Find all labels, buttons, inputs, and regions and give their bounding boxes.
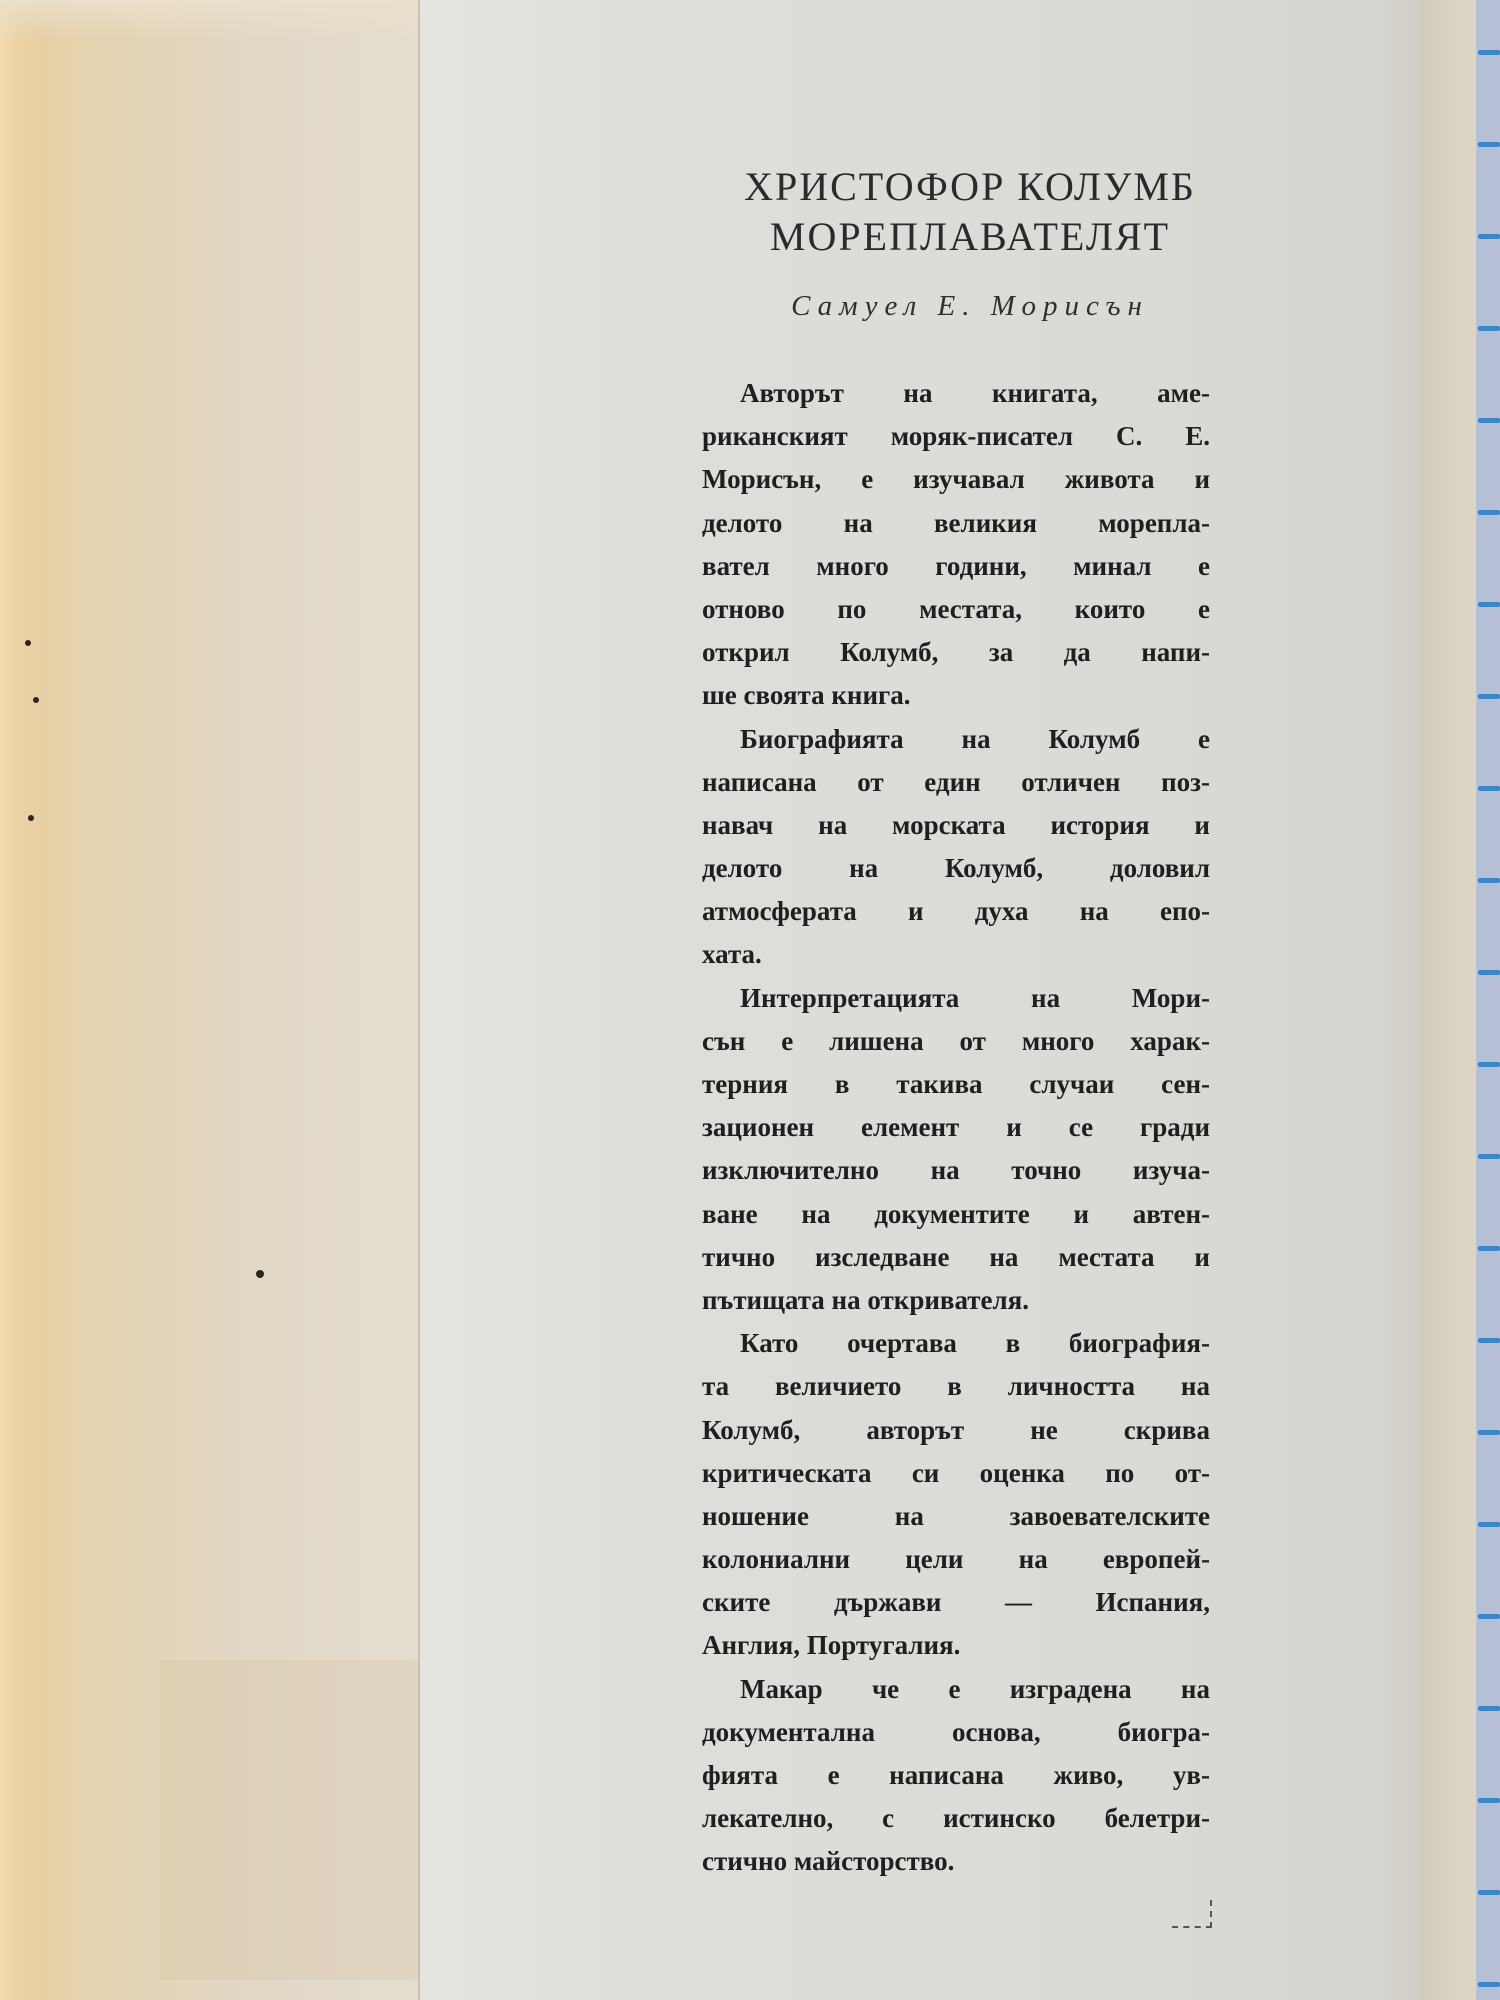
blue-rule-line (1478, 510, 1500, 515)
blurb-text: Авторът на книгата, аме-риканският моряк… (702, 372, 1210, 1884)
aged-left-page (0, 0, 420, 2000)
text-line: изключително на точно изуча- (702, 1149, 1210, 1192)
text-line: пътищата на откривателя. (702, 1279, 1210, 1322)
ink-dot (256, 1270, 264, 1278)
text-line: ношение на завоевателските (702, 1495, 1210, 1538)
ink-dot (28, 815, 34, 821)
text-line: Биографията на Колумб е (702, 718, 1210, 761)
blue-rule-line (1478, 234, 1500, 239)
text-line: навач на морската история и (702, 804, 1210, 847)
blue-rule-line (1478, 50, 1500, 55)
text-line: ване на документите и автен- (702, 1193, 1210, 1236)
text-line: лекателно, с истинско белетри- (702, 1797, 1210, 1840)
text-line: документална основа, биогра- (702, 1711, 1210, 1754)
text-line: Интерпретацията на Мори- (702, 977, 1210, 1020)
blurb-paragraph: Макар че е изградена надокументална осно… (702, 1668, 1210, 1884)
text-line: хата. (702, 933, 1210, 976)
book-title-line-2: МОРЕПЛАВАТЕЛЯТ (680, 213, 1260, 260)
blue-rule-line (1478, 1614, 1500, 1619)
blue-rule-line (1478, 326, 1500, 331)
text-line: вател много години, минал е (702, 545, 1210, 588)
lined-paper-background (1476, 0, 1500, 2000)
blue-rule-line (1478, 1430, 1500, 1435)
blue-rule-line (1478, 142, 1500, 147)
ink-dot (25, 640, 31, 646)
text-line: сън е лишена от много харак- (702, 1020, 1210, 1063)
text-line: терния в такива случаи сен- (702, 1063, 1210, 1106)
text-line: та величието в личността на (702, 1365, 1210, 1408)
page-stain (0, 0, 420, 40)
blue-rule-line (1478, 1338, 1500, 1343)
text-line: делото на Колумб, доловил (702, 847, 1210, 890)
book-title-line-1: ХРИСТОФОР КОЛУМБ (680, 163, 1260, 210)
text-line: делото на великия морепла- (702, 502, 1210, 545)
blue-rule-line (1478, 418, 1500, 423)
text-line: Авторът на книгата, аме- (702, 372, 1210, 415)
text-line: колониални цели на европей- (702, 1538, 1210, 1581)
text-line: стично майсторство. (702, 1840, 1210, 1883)
blue-rule-line (1478, 1154, 1500, 1159)
blue-rule-line (1478, 1982, 1500, 1987)
text-line: ше своята книга. (702, 674, 1210, 717)
blue-rule-line (1478, 1246, 1500, 1251)
text-line: критическата си оценка по от- (702, 1452, 1210, 1495)
text-line: Като очертава в биография- (702, 1322, 1210, 1365)
text-line: атмосферата и духа на епо- (702, 890, 1210, 933)
blue-rule-line (1478, 1890, 1500, 1895)
text-line: риканският моряк-писател С. Е. (702, 415, 1210, 458)
blue-rule-line (1478, 970, 1500, 975)
blue-rule-line (1478, 1706, 1500, 1711)
text-line: отново по местата, които е (702, 588, 1210, 631)
text-line: написана от един отличен поз- (702, 761, 1210, 804)
page-fold-edge (1420, 0, 1478, 2000)
text-line: ските държави — Испания, (702, 1581, 1210, 1624)
blurb-paragraph: Интерпретацията на Мори-сън е лишена от … (702, 977, 1210, 1323)
corner-crop-mark (1172, 1900, 1212, 1928)
blurb-paragraph: Биографията на Колумб енаписана от един … (702, 718, 1210, 977)
blue-rule-line (1478, 878, 1500, 883)
blue-rule-line (1478, 786, 1500, 791)
blurb-paragraph: Авторът на книгата, аме-риканският моряк… (702, 372, 1210, 718)
text-line: тично изследване на местата и (702, 1236, 1210, 1279)
ink-dot (33, 697, 39, 703)
text-line: Морисън, е изучавал живота и (702, 458, 1210, 501)
text-line: Колумб, авторът не скрива (702, 1409, 1210, 1452)
blue-rule-line (1478, 1062, 1500, 1067)
book-author: Самуел Е. Морисън (680, 290, 1260, 323)
text-line: фията е написана живо, ув- (702, 1754, 1210, 1797)
page-stain (160, 1660, 420, 1980)
text-line: Англия, Португалия. (702, 1624, 1210, 1667)
text-line: Макар че е изградена на (702, 1668, 1210, 1711)
text-line: зационен елемент и се гради (702, 1106, 1210, 1149)
blue-rule-line (1478, 694, 1500, 699)
blue-rule-line (1478, 1522, 1500, 1527)
blurb-paragraph: Като очертава в биография-та величието в… (702, 1322, 1210, 1668)
blue-rule-line (1478, 1798, 1500, 1803)
text-line: открил Колумб, за да напи- (702, 631, 1210, 674)
blue-rule-line (1478, 602, 1500, 607)
